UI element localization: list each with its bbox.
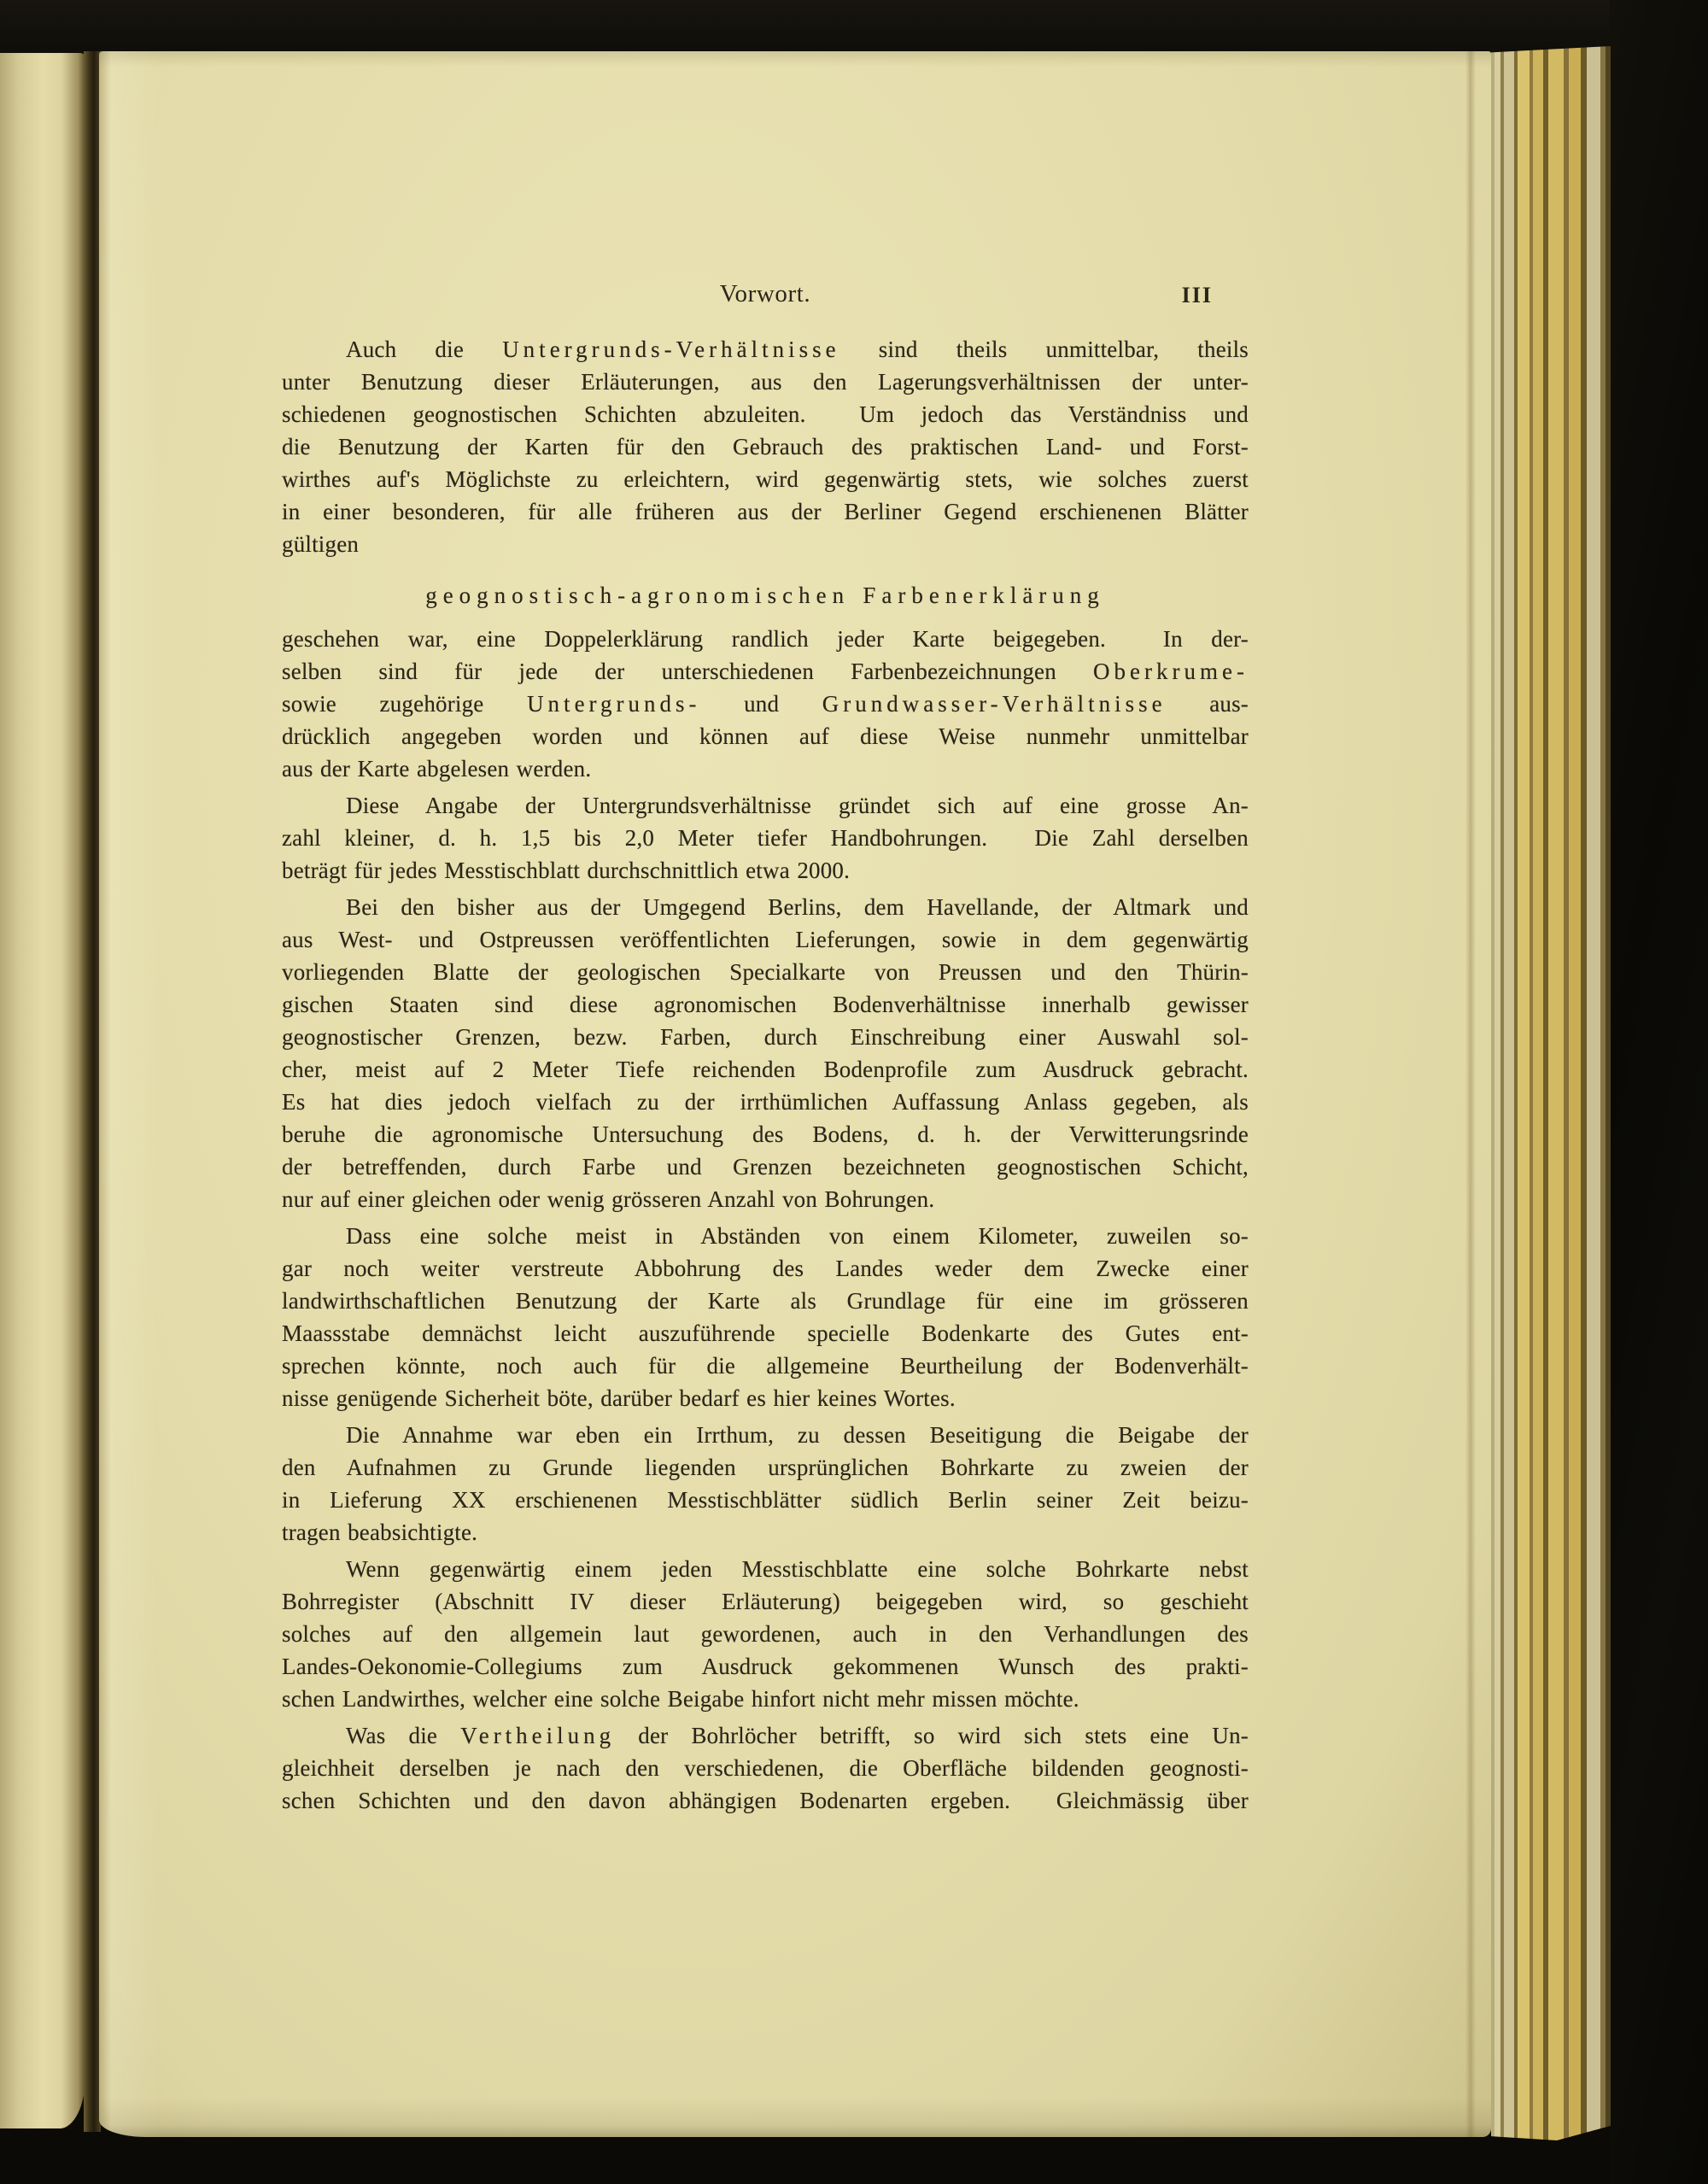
text-line: wirthes auf's Möglichste zu erleichtern,…: [282, 463, 1249, 495]
text-line: Die Annahme war eben ein Irrthum, zu des…: [282, 1419, 1249, 1451]
text-segment: Maassstabe demnächst leicht auszuführend…: [282, 1320, 1249, 1346]
text-line: nisse genügende Sicherheit böte, darüber…: [282, 1382, 1249, 1414]
text-segment: sprechen könnte, noch auch für die allge…: [282, 1353, 1249, 1379]
gutter-shadow: [84, 51, 101, 2132]
text-segment: Was die: [346, 1723, 460, 1748]
text-line: geognostisch-agronomischen Farbenerkläru…: [282, 579, 1249, 612]
letterspaced-term: Grundwasser-Verhältnisse: [822, 691, 1167, 717]
text-segment: Die Annahme war eben ein Irrthum, zu des…: [346, 1422, 1249, 1448]
text-line: landwirthschaftlichen Benutzung der Kart…: [282, 1285, 1249, 1317]
paragraph: Dass eine solche meist in Abständen von …: [282, 1220, 1249, 1414]
text-line: gar noch weiter verstreute Abbohrung des…: [282, 1252, 1249, 1285]
page-number: III: [1182, 283, 1213, 308]
letterspaced-term: Untergrunds-Verhältnisse: [502, 337, 839, 362]
text-line: gültigen: [282, 528, 1249, 560]
text-line: aus West- und Ostpreussen veröffentlicht…: [282, 923, 1249, 956]
text-line: Diese Angabe der Untergrundsverhältnisse…: [282, 789, 1249, 822]
text-line: die Benutzung der Karten für den Gebrauc…: [282, 430, 1249, 463]
letterspaced-term: Oberkrume-: [1093, 659, 1249, 684]
text-line: selben sind für jede der unterschiedenen…: [282, 655, 1249, 688]
paragraph: Diese Angabe der Untergrundsverhältnisse…: [282, 789, 1249, 887]
text-segment: der betreffenden, durch Farbe und Grenze…: [282, 1154, 1249, 1180]
text-line: den Aufnahmen zu Grunde liegenden ursprü…: [282, 1451, 1249, 1484]
text-segment: aus West- und Ostpreussen veröffentlicht…: [282, 927, 1249, 952]
text-segment: Dass eine solche meist in Abständen von …: [346, 1223, 1249, 1249]
text-line: cher, meist auf 2 Meter Tiefe reichenden…: [282, 1053, 1249, 1086]
text-segment: beträgt für jedes Messtischblatt durchsc…: [282, 858, 850, 883]
text-line: Auch die Untergrunds-Verhältnisse sind t…: [282, 333, 1249, 366]
text-segment: tragen beabsichtigte.: [282, 1519, 477, 1545]
text-segment: wirthes auf's Möglichste zu erleichtern,…: [282, 466, 1249, 492]
text-segment: Auch die: [346, 337, 502, 362]
text-segment: und: [701, 691, 822, 717]
text-segment: selben sind für jede der unterschiedenen…: [282, 659, 1093, 684]
text-line: der betreffenden, durch Farbe und Grenze…: [282, 1151, 1249, 1183]
page-header: Vorwort. III: [282, 280, 1249, 314]
text-segment: cher, meist auf 2 Meter Tiefe reichenden…: [282, 1057, 1249, 1082]
text-segment: den Aufnahmen zu Grunde liegenden ursprü…: [282, 1455, 1249, 1480]
text-line: geschehen war, eine Doppelerklärung rand…: [282, 623, 1249, 655]
text-line: Landes-Oekonomie-Collegiums zum Ausdruck…: [282, 1650, 1249, 1683]
book-scan-background: Vorwort. III Auch die Untergrunds-Verhäl…: [0, 0, 1708, 2184]
book-cover-cloth: [1610, 0, 1708, 2184]
text-segment: Bohrregister (Abschnitt IV dieser Erläut…: [282, 1589, 1249, 1614]
text-line: schen Landwirthes, welcher eine solche B…: [282, 1683, 1249, 1715]
text-segment: Landes-Oekonomie-Collegiums zum Ausdruck…: [282, 1654, 1249, 1679]
text-line: unter Benutzung dieser Erläuterungen, au…: [282, 366, 1249, 398]
text-line: Wenn gegenwärtig einem jeden Messtischbl…: [282, 1553, 1249, 1585]
text-segment: Es hat dies jedoch vielfach zu der irrth…: [282, 1089, 1249, 1115]
text-line: drücklich angegeben worden und können au…: [282, 720, 1249, 752]
text-line: geognostischer Grenzen, bezw. Farben, du…: [282, 1021, 1249, 1053]
letterspaced-term: Untergrunds-: [527, 691, 700, 717]
text-segment: nur auf einer gleichen oder wenig grösse…: [282, 1186, 934, 1212]
text-line: beruhe die agronomische Untersuchung des…: [282, 1118, 1249, 1151]
text-segment: schen Schichten und den davon abhängigen…: [282, 1788, 1249, 1813]
text-segment: sowie zugehörige: [282, 691, 527, 717]
paragraph: geschehen war, eine Doppelerklärung rand…: [282, 623, 1249, 785]
text-segment: schen Landwirthes, welcher eine solche B…: [282, 1686, 1079, 1712]
paragraph: Bei den bisher aus der Umgegend Berlins,…: [282, 891, 1249, 1215]
text-segment: beruhe die agronomische Untersuchung des…: [282, 1121, 1249, 1147]
text-segment: gar noch weiter verstreute Abbohrung des…: [282, 1256, 1249, 1281]
text-line: Dass eine solche meist in Abständen von …: [282, 1220, 1249, 1252]
text-line: schen Schichten und den davon abhängigen…: [282, 1784, 1249, 1817]
paragraph: Was die Vertheilung der Bohrlöcher betri…: [282, 1719, 1249, 1817]
text-segment: gültigen: [282, 531, 359, 557]
section-heading: geognostisch-agronomischen Farbenerkläru…: [282, 579, 1249, 612]
text-segment: der Bohrlöcher betrifft, so wird sich st…: [615, 1723, 1249, 1748]
text-segment: solches auf den allgemein laut gewordene…: [282, 1621, 1249, 1647]
text-segment: geognostisch-agronomischen Farbenerkläru…: [425, 583, 1105, 608]
text-segment: geschehen war, eine Doppelerklärung rand…: [282, 626, 1249, 652]
text-segment: aus-: [1167, 691, 1249, 717]
paragraph: Wenn gegenwärtig einem jeden Messtischbl…: [282, 1553, 1249, 1715]
text-line: vorliegenden Blatte der geologischen Spe…: [282, 956, 1249, 988]
text-segment: schiedenen geognostischen Schichten abzu…: [282, 401, 1249, 427]
text-line: Maassstabe demnächst leicht auszuführend…: [282, 1317, 1249, 1350]
letterspaced-term: Vertheilung: [460, 1723, 615, 1748]
text-segment: in einer besonderen, für alle früheren a…: [282, 499, 1249, 524]
text-line: sprechen könnte, noch auch für die allge…: [282, 1350, 1249, 1382]
text-line: in einer besonderen, für alle früheren a…: [282, 495, 1249, 528]
text-line: Bohrregister (Abschnitt IV dieser Erläut…: [282, 1585, 1249, 1618]
text-line: gleichheit derselben je nach den verschi…: [282, 1752, 1249, 1784]
text-segment: zahl kleiner, d. h. 1,5 bis 2,0 Meter ti…: [282, 825, 1249, 851]
text-line: in Lieferung XX erschienenen Messtischbl…: [282, 1484, 1249, 1516]
page-edges-stack: [1491, 46, 1611, 2140]
text-line: Bei den bisher aus der Umgegend Berlins,…: [282, 891, 1249, 923]
text-segment: landwirthschaftlichen Benutzung der Kart…: [282, 1288, 1249, 1314]
text-segment: Bei den bisher aus der Umgegend Berlins,…: [346, 894, 1249, 920]
text-segment: Wenn gegenwärtig einem jeden Messtischbl…: [346, 1556, 1249, 1582]
text-line: Was die Vertheilung der Bohrlöcher betri…: [282, 1719, 1249, 1752]
book-page: Vorwort. III Auch die Untergrunds-Verhäl…: [99, 51, 1491, 2137]
text-line: schiedenen geognostischen Schichten abzu…: [282, 398, 1249, 430]
text-segment: gischen Staaten sind diese agronomischen…: [282, 992, 1249, 1017]
text-segment: in Lieferung XX erschienenen Messtischbl…: [282, 1487, 1249, 1513]
facing-page-edge: [0, 53, 85, 2128]
text-segment: drücklich angegeben worden und können au…: [282, 723, 1249, 749]
text-segment: nisse genügende Sicherheit böte, darüber…: [282, 1385, 956, 1411]
paragraph: Auch die Untergrunds-Verhältnisse sind t…: [282, 333, 1249, 560]
text-line: sowie zugehörige Untergrunds- und Grundw…: [282, 688, 1249, 720]
text-line: zahl kleiner, d. h. 1,5 bis 2,0 Meter ti…: [282, 822, 1249, 854]
text-line: aus der Karte abgelesen werden.: [282, 752, 1249, 785]
text-segment: unter Benutzung dieser Erläuterungen, au…: [282, 369, 1249, 395]
preface-text: Auch die Untergrunds-Verhältnisse sind t…: [282, 333, 1249, 1817]
text-segment: Diese Angabe der Untergrundsverhältnisse…: [346, 793, 1249, 818]
text-segment: geognostischer Grenzen, bezw. Farben, du…: [282, 1024, 1249, 1050]
text-segment: gleichheit derselben je nach den verschi…: [282, 1755, 1249, 1781]
text-line: beträgt für jedes Messtischblatt durchsc…: [282, 854, 1249, 887]
text-line: gischen Staaten sind diese agronomischen…: [282, 988, 1249, 1021]
text-segment: sind theils unmittelbar, theils: [840, 337, 1249, 362]
text-segment: aus der Karte abgelesen werden.: [282, 756, 591, 782]
text-segment: die Benutzung der Karten für den Gebrauc…: [282, 434, 1249, 460]
page-title: Vorwort.: [282, 280, 1249, 308]
text-line: nur auf einer gleichen oder wenig grösse…: [282, 1183, 1249, 1215]
text-line: tragen beabsichtigte.: [282, 1516, 1249, 1549]
paragraph: Die Annahme war eben ein Irrthum, zu des…: [282, 1419, 1249, 1549]
text-segment: vorliegenden Blatte der geologischen Spe…: [282, 959, 1249, 985]
text-line: Es hat dies jedoch vielfach zu der irrth…: [282, 1086, 1249, 1118]
text-line: solches auf den allgemein laut gewordene…: [282, 1618, 1249, 1650]
